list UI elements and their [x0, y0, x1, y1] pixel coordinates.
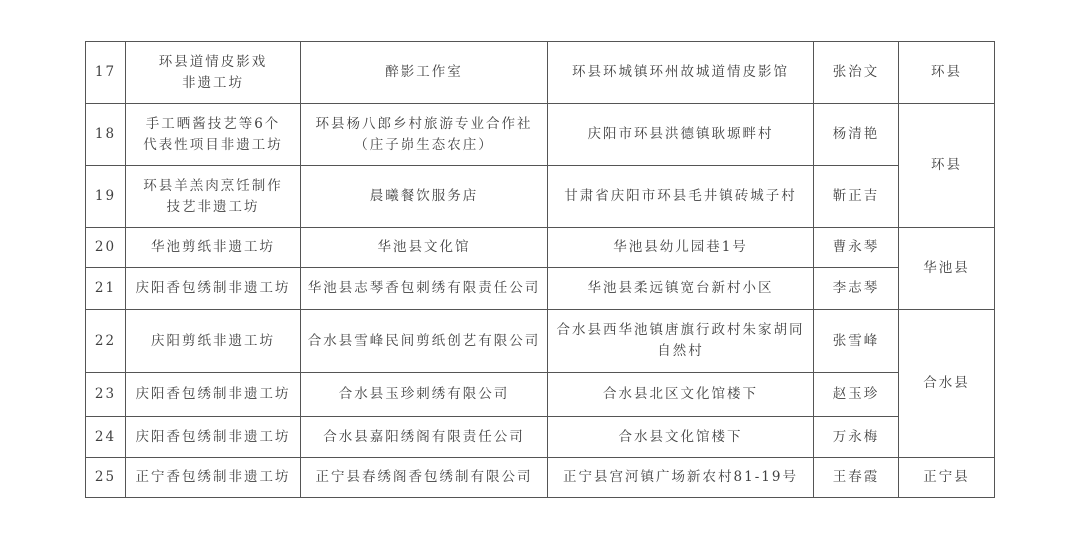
- contact-person: 赵玉珍: [814, 373, 899, 417]
- unit-name: 环县杨八郎乡村旅游专业合作社（庄子峁生态农庄）: [301, 104, 548, 166]
- table-row: 20 华池剪纸非遗工坊 华池县文化馆 华池县幼儿园巷1号 曹永琴 华池县: [86, 228, 995, 268]
- row-number: 25: [86, 458, 126, 498]
- address: 甘肃省庆阳市环县毛井镇砖城子村: [548, 166, 814, 228]
- workshop-table: 17 环县道情皮影戏非遗工坊 醉影工作室 环县环城镇环州故城道情皮影馆 张治文 …: [85, 41, 995, 498]
- row-number: 23: [86, 373, 126, 417]
- contact-person: 李志琴: [814, 268, 899, 310]
- unit-name: 晨曦餐饮服务店: [301, 166, 548, 228]
- address: 合水县西华池镇唐旗行政村朱家胡同自然村: [548, 310, 814, 373]
- project-name: 华池剪纸非遗工坊: [126, 228, 301, 268]
- project-name: 庆阳香包绣制非遗工坊: [126, 417, 301, 458]
- table-row: 19 环县羊羔肉烹饪制作技艺非遗工坊 晨曦餐饮服务店 甘肃省庆阳市环县毛井镇砖城…: [86, 166, 995, 228]
- contact-person: 张治文: [814, 42, 899, 104]
- table-row: 18 手工晒酱技艺等6个代表性项目非遗工坊 环县杨八郎乡村旅游专业合作社（庄子峁…: [86, 104, 995, 166]
- address: 合水县北区文化馆楼下: [548, 373, 814, 417]
- project-name: 环县羊羔肉烹饪制作技艺非遗工坊: [126, 166, 301, 228]
- county: 正宁县: [899, 458, 995, 498]
- contact-person: 靳正吉: [814, 166, 899, 228]
- project-name: 庆阳香包绣制非遗工坊: [126, 373, 301, 417]
- county: 环县: [899, 42, 995, 104]
- table-row: 22 庆阳剪纸非遗工坊 合水县雪峰民间剪纸创艺有限公司 合水县西华池镇唐旗行政村…: [86, 310, 995, 373]
- address: 正宁县宫河镇广场新农村81-19号: [548, 458, 814, 498]
- project-name: 庆阳香包绣制非遗工坊: [126, 268, 301, 310]
- contact-person: 万永梅: [814, 417, 899, 458]
- project-name: 庆阳剪纸非遗工坊: [126, 310, 301, 373]
- county: 合水县: [899, 310, 995, 458]
- unit-name: 华池县文化馆: [301, 228, 548, 268]
- table-row: 17 环县道情皮影戏非遗工坊 醉影工作室 环县环城镇环州故城道情皮影馆 张治文 …: [86, 42, 995, 104]
- row-number: 19: [86, 166, 126, 228]
- address: 环县环城镇环州故城道情皮影馆: [548, 42, 814, 104]
- address: 华池县幼儿园巷1号: [548, 228, 814, 268]
- unit-name: 华池县志琴香包刺绣有限责任公司: [301, 268, 548, 310]
- unit-name: 醉影工作室: [301, 42, 548, 104]
- row-number: 18: [86, 104, 126, 166]
- row-number: 24: [86, 417, 126, 458]
- table-row: 24 庆阳香包绣制非遗工坊 合水县嘉阳绣阁有限责任公司 合水县文化馆楼下 万永梅: [86, 417, 995, 458]
- row-number: 17: [86, 42, 126, 104]
- county: 华池县: [899, 228, 995, 310]
- row-number: 22: [86, 310, 126, 373]
- row-number: 20: [86, 228, 126, 268]
- address: 庆阳市环县洪德镇耿塬畔村: [548, 104, 814, 166]
- row-number: 21: [86, 268, 126, 310]
- project-name: 手工晒酱技艺等6个代表性项目非遗工坊: [126, 104, 301, 166]
- project-name: 正宁香包绣制非遗工坊: [126, 458, 301, 498]
- address: 合水县文化馆楼下: [548, 417, 814, 458]
- address: 华池县柔远镇宽台新村小区: [548, 268, 814, 310]
- unit-name: 合水县嘉阳绣阁有限责任公司: [301, 417, 548, 458]
- county: 环县: [899, 104, 995, 228]
- unit-name: 合水县玉珍刺绣有限公司: [301, 373, 548, 417]
- unit-name: 合水县雪峰民间剪纸创艺有限公司: [301, 310, 548, 373]
- project-name: 环县道情皮影戏非遗工坊: [126, 42, 301, 104]
- table-row: 23 庆阳香包绣制非遗工坊 合水县玉珍刺绣有限公司 合水县北区文化馆楼下 赵玉珍: [86, 373, 995, 417]
- unit-name: 正宁县春绣阁香包绣制有限公司: [301, 458, 548, 498]
- contact-person: 曹永琴: [814, 228, 899, 268]
- contact-person: 王春霞: [814, 458, 899, 498]
- table-row: 25 正宁香包绣制非遗工坊 正宁县春绣阁香包绣制有限公司 正宁县宫河镇广场新农村…: [86, 458, 995, 498]
- contact-person: 杨清艳: [814, 104, 899, 166]
- table-row: 21 庆阳香包绣制非遗工坊 华池县志琴香包刺绣有限责任公司 华池县柔远镇宽台新村…: [86, 268, 995, 310]
- contact-person: 张雪峰: [814, 310, 899, 373]
